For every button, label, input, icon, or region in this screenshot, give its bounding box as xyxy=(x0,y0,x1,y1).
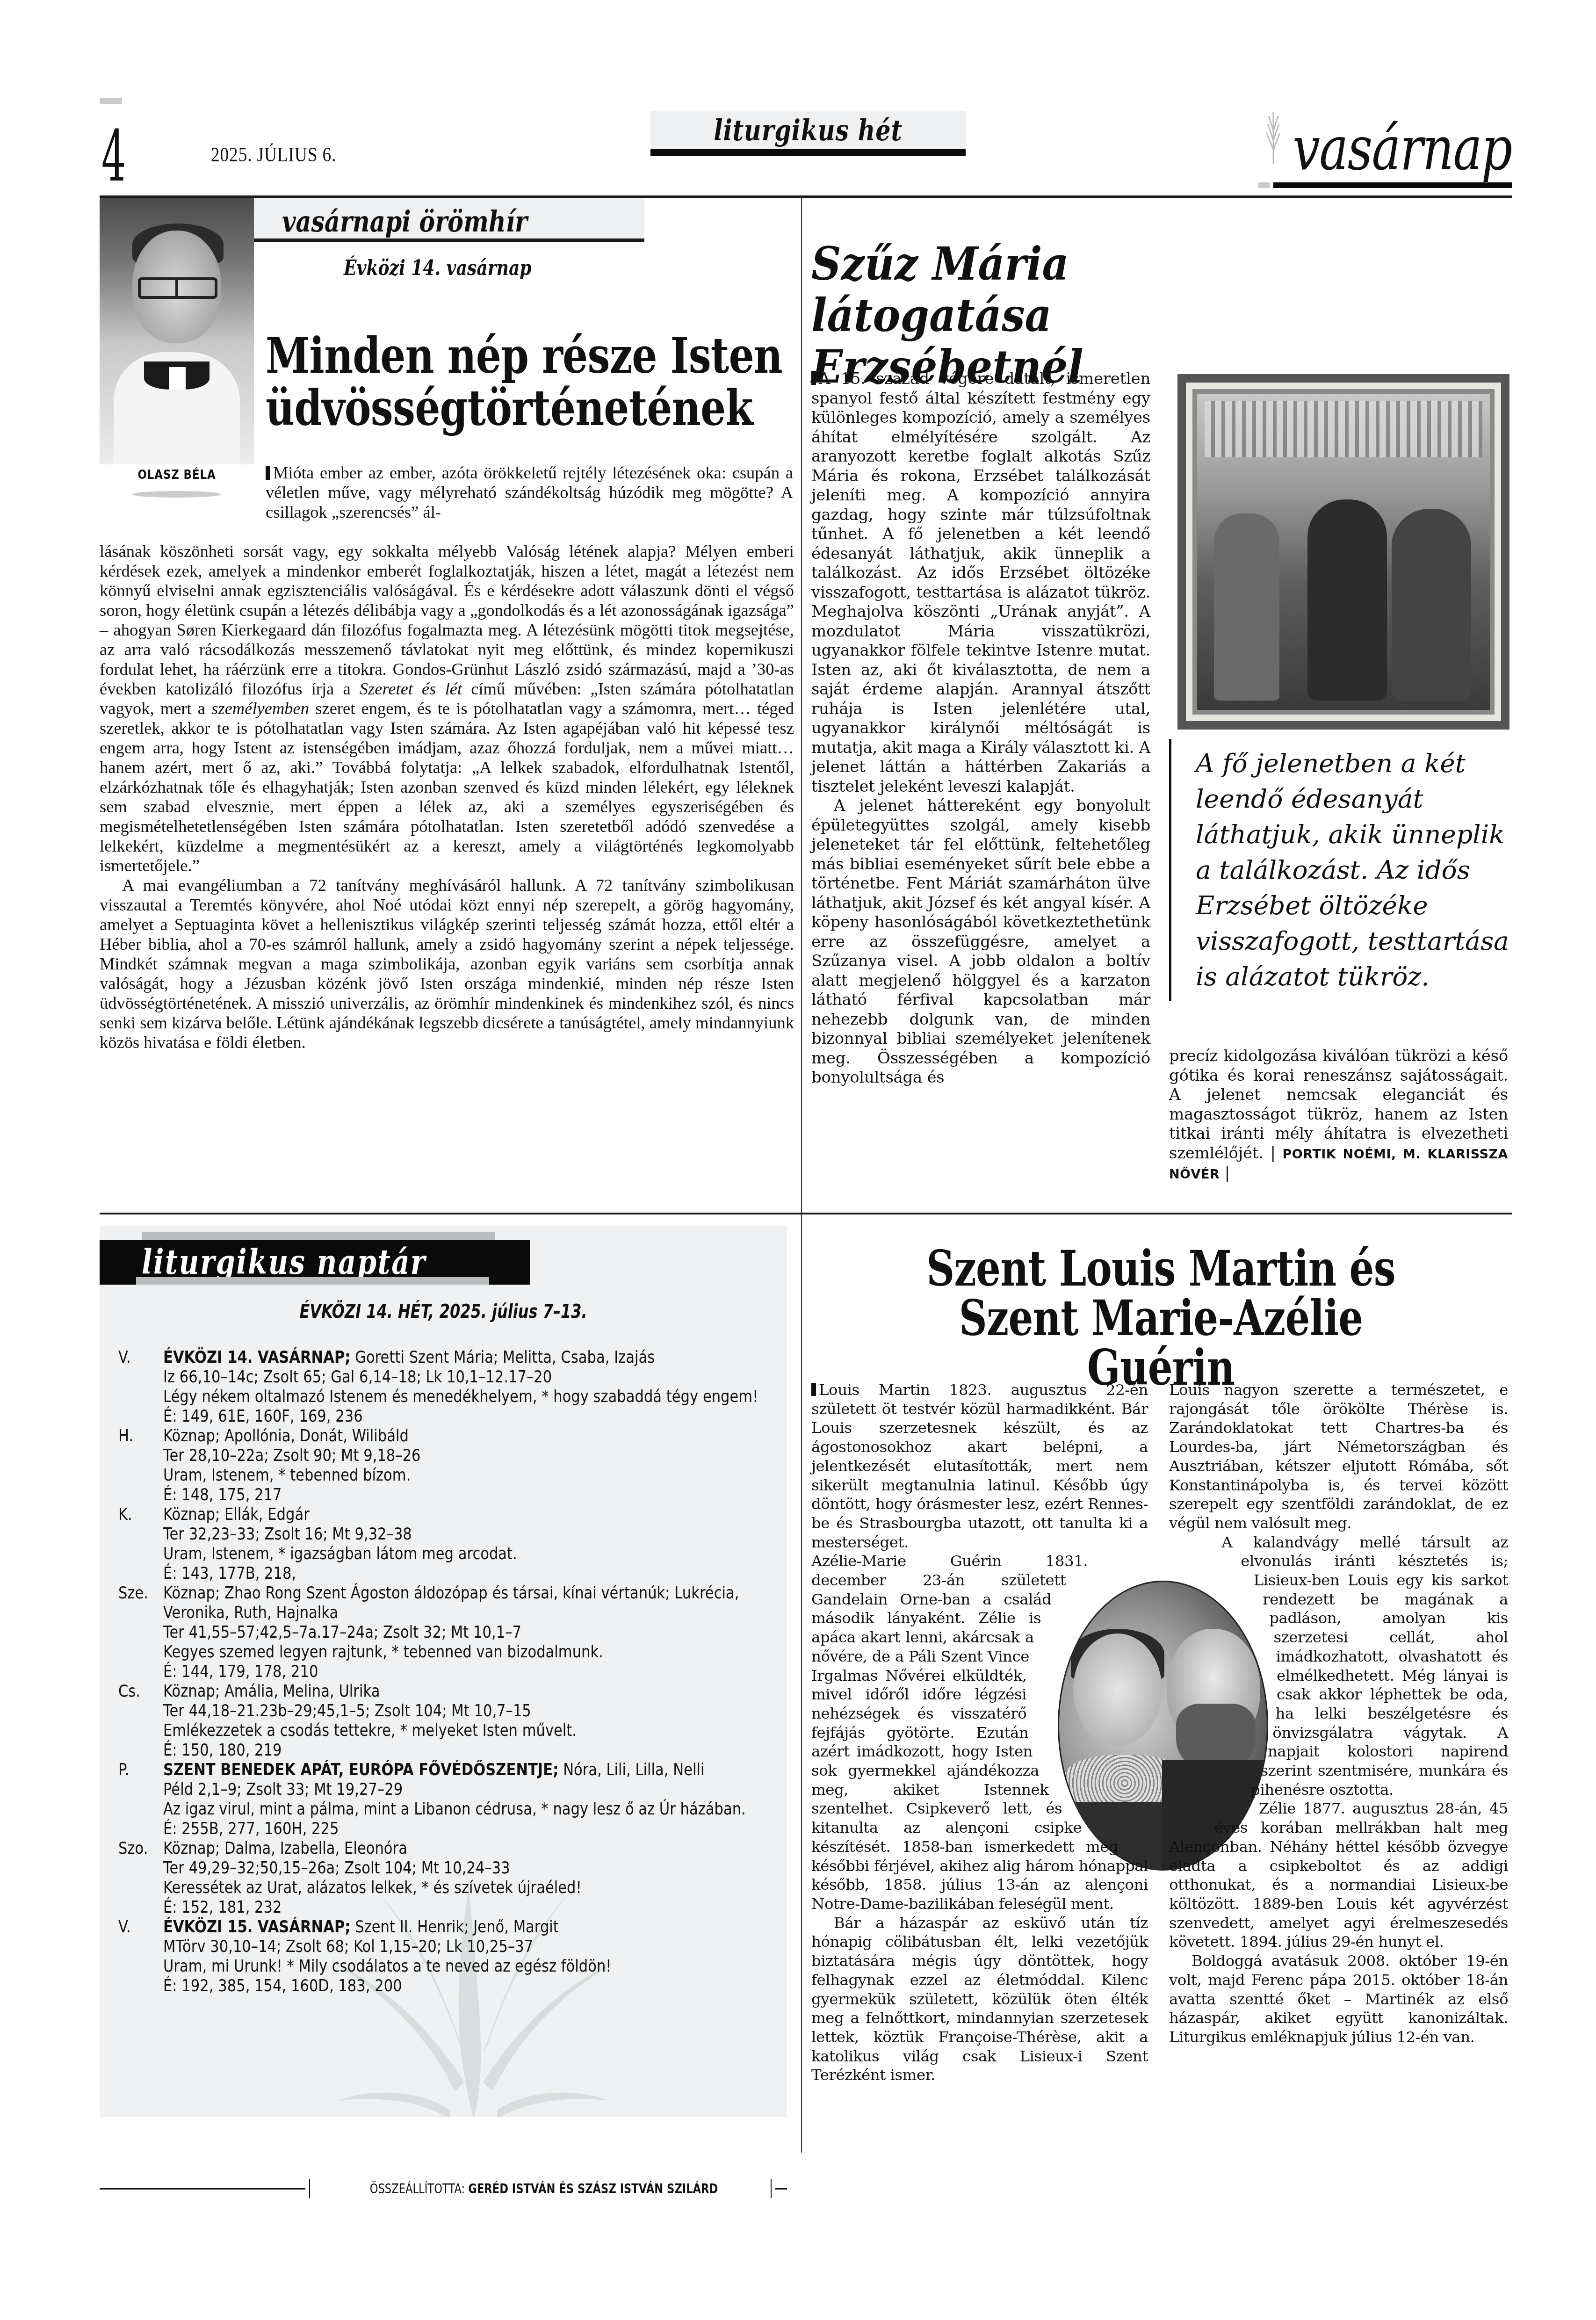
author-name: OLASZ BÉLA xyxy=(111,468,243,482)
paragraph-mark-icon xyxy=(811,371,816,385)
day-abbreviation: Szo. xyxy=(118,1839,157,1917)
article-body: lásának köszönheti sorsát vagy, egy sokk… xyxy=(100,542,794,1052)
calendar-credit: ÖSSZEÁLLÍTOTTA: GERÉD ISTVÁN ÉS SZÁSZ IS… xyxy=(100,2179,787,2198)
day-hymns: É: 255B, 277, 160H, 225 xyxy=(163,1819,779,1839)
day-antiphon: Uram, mi Urunk! * Mily csodálatos a te n… xyxy=(163,1957,779,1976)
day-hymns: É: 148, 175, 217 xyxy=(163,1485,779,1505)
martin-body-col1: Louis Martin 1823. augusztus 22-én szüle… xyxy=(811,1380,1148,2085)
calendar-day-entry: H.Köznap; Apollónia, Donát, WilibáldTer … xyxy=(118,1426,782,1505)
glasses-icon xyxy=(138,277,217,299)
author-portrait xyxy=(100,198,254,464)
day-antiphon: Keressétek az Urat, alázatos lelkek, * é… xyxy=(163,1878,779,1898)
day-antiphon: Uram, Istenem, * tebenned bízom. xyxy=(163,1466,779,1485)
day-antiphon: Légy nékem oltalmazó Istenem és menedékh… xyxy=(163,1387,779,1407)
paragraph-mark-icon xyxy=(811,1383,816,1396)
day-feast: Köznap; Zhao Rong Szent Ágoston áldozópa… xyxy=(163,1583,779,1623)
day-abbreviation: Sze. xyxy=(118,1583,157,1682)
middle-rule xyxy=(100,1213,1512,1214)
day-hymns: É: 192, 385, 154, 160D, 183, 200 xyxy=(163,1976,779,1996)
calendar-title-bar: liturgikus naptár xyxy=(100,1240,530,1285)
day-hymns: É: 144, 179, 178, 210 xyxy=(163,1662,779,1682)
column-kicker: vasárnapi örömhír xyxy=(254,198,644,242)
day-antiphon: Uram, Istenem, * igazságban látom meg ar… xyxy=(163,1544,779,1564)
brand-underline xyxy=(1273,182,1512,188)
day-feast: ÉVKÖZI 15. VASÁRNAP; Szent II. Henrik; J… xyxy=(163,1917,779,1937)
day-abbreviation: V. xyxy=(118,1917,157,1996)
pull-quote: A fő jelenetben a két leendő édesanyát l… xyxy=(1169,739,1510,1001)
day-readings: Ter 41,55–57;42,5–7a.17–24a; Zsolt 32; M… xyxy=(163,1623,779,1642)
day-hymns: É: 143, 177B, 218, xyxy=(163,1564,779,1583)
page-number: 4 xyxy=(101,122,126,192)
calendar-day-entry: V.ÉVKÖZI 15. VASÁRNAP; Szent II. Henrik;… xyxy=(118,1917,782,1996)
brand-wordmark: vasárnap xyxy=(1293,118,1512,179)
calendar-day-entry: Szo.Köznap; Dalma, Izabella, EleonóraTer… xyxy=(118,1839,782,1917)
column-divider xyxy=(801,198,802,2153)
day-readings: Ter 28,10–22a; Zsolt 90; Mt 9,18–26 xyxy=(163,1446,779,1466)
day-feast: Köznap; Ellák, Edgár xyxy=(163,1505,779,1525)
subkicker: Évközi 14. vasárnap xyxy=(344,256,532,280)
day-antiphon: Kegyes szemed legyen rajtunk, * tebenned… xyxy=(163,1642,779,1662)
day-abbreviation: V. xyxy=(118,1348,157,1426)
brand-accent xyxy=(1258,182,1270,188)
visitation-body-col1: A 15. század végére datált, ismeretlen s… xyxy=(811,369,1150,1088)
day-readings: MTörv 30,10–14; Zsolt 68; Kol 1,15–20; L… xyxy=(163,1937,779,1957)
section-title: liturgikus hét xyxy=(714,113,903,147)
day-readings: Péld 2,1–9; Zsolt 33; Mt 19,27–29 xyxy=(163,1780,779,1800)
article-headline: Minden nép része Isten üdvösségtörténeté… xyxy=(266,330,699,434)
day-abbreviation: Cs. xyxy=(118,1682,157,1760)
page-number-top-bar xyxy=(100,98,122,104)
article-lead: Mióta ember az ember, azóta örökkeletű r… xyxy=(266,463,793,522)
day-readings: Ter 44,18–21.23b–29;45,1–5; Zsolt 104; M… xyxy=(163,1701,779,1721)
day-abbreviation: K. xyxy=(118,1505,157,1583)
calendar-day-list: V.ÉVKÖZI 14. VASÁRNAP; Goretti Szent Már… xyxy=(118,1348,782,1996)
calendar-day-entry: Sze.Köznap; Zhao Rong Szent Ágoston áldo… xyxy=(118,1583,782,1682)
issue-date: 2025. JÚLIUS 6. xyxy=(211,143,336,166)
calendar-week: ÉVKÖZI 14. HÉT, 2025. július 7–13. xyxy=(168,1301,718,1323)
day-readings: Iz 66,10–14c; Zsolt 65; Gal 6,14–18; Lk … xyxy=(163,1367,779,1387)
day-readings: Ter 49,29–32;50,15–26a; Zsolt 104; Mt 10… xyxy=(163,1858,779,1878)
page-masthead: 4 2025. JÚLIUS 6. liturgikus hét vasárna… xyxy=(100,89,1512,210)
section-tab: liturgikus hét xyxy=(650,111,966,156)
liturgical-calendar: liturgikus naptár ÉVKÖZI 14. HÉT, 2025. … xyxy=(100,1226,787,2117)
visitation-painting xyxy=(1177,374,1509,730)
author-divider xyxy=(132,491,221,498)
day-feast: Köznap; Apollónia, Donát, Wilibáld xyxy=(163,1426,779,1446)
calendar-day-entry: V.ÉVKÖZI 14. VASÁRNAP; Goretti Szent Már… xyxy=(118,1348,782,1426)
calendar-day-entry: K.Köznap; Ellák, EdgárTer 32,23–33; Zsol… xyxy=(118,1505,782,1583)
day-antiphon: Emlékezzetek a csodás tettekre, * melyek… xyxy=(163,1721,779,1741)
wheat-sprig-icon xyxy=(1264,108,1283,164)
martin-title: Szent Louis Martin és Szent Marie-Azélie… xyxy=(881,1244,1441,1393)
calendar-day-entry: P.SZENT BENEDEK APÁT, EURÓPA FŐVÉDŐSZENT… xyxy=(118,1760,782,1839)
day-hymns: É: 149, 61E, 160F, 169, 236 xyxy=(163,1407,779,1426)
compiler-names: GERÉD ISTVÁN ÉS SZÁSZ ISTVÁN SZILÁRD xyxy=(468,2181,718,2197)
day-antiphon: Az igaz virul, mint a pálma, mint a Liba… xyxy=(163,1800,779,1819)
day-feast: Köznap; Dalma, Izabella, Eleonóra xyxy=(163,1839,779,1858)
day-abbreviation: P. xyxy=(118,1760,157,1839)
day-readings: Ter 32,23–33; Zsolt 16; Mt 9,32–38 xyxy=(163,1525,779,1544)
kicker-text: vasárnapi örömhír xyxy=(282,204,527,239)
day-feast: SZENT BENEDEK APÁT, EURÓPA FŐVÉDŐSZENTJE… xyxy=(163,1760,779,1780)
day-feast: Köznap; Amália, Melina, Ulrika xyxy=(163,1682,779,1701)
day-hymns: É: 152, 181, 232 xyxy=(163,1898,779,1917)
martin-body-col2: Louis nagyon szerette a természetet, e r… xyxy=(1169,1380,1508,2047)
calendar-day-entry: Cs.Köznap; Amália, Melina, UlrikaTer 44,… xyxy=(118,1682,782,1760)
visitation-body-col2: precíz kidolgozása kiválóan tükrözi a ké… xyxy=(1169,1047,1508,1185)
day-hymns: É: 150, 180, 219 xyxy=(163,1741,779,1760)
day-feast: ÉVKÖZI 14. VASÁRNAP; Goretti Szent Mária… xyxy=(163,1348,779,1367)
calendar-title: liturgikus naptár xyxy=(142,1242,426,1282)
brand-logo: vasárnap xyxy=(1264,89,1512,224)
day-abbreviation: H. xyxy=(118,1426,157,1505)
paragraph-mark-icon xyxy=(266,466,270,480)
